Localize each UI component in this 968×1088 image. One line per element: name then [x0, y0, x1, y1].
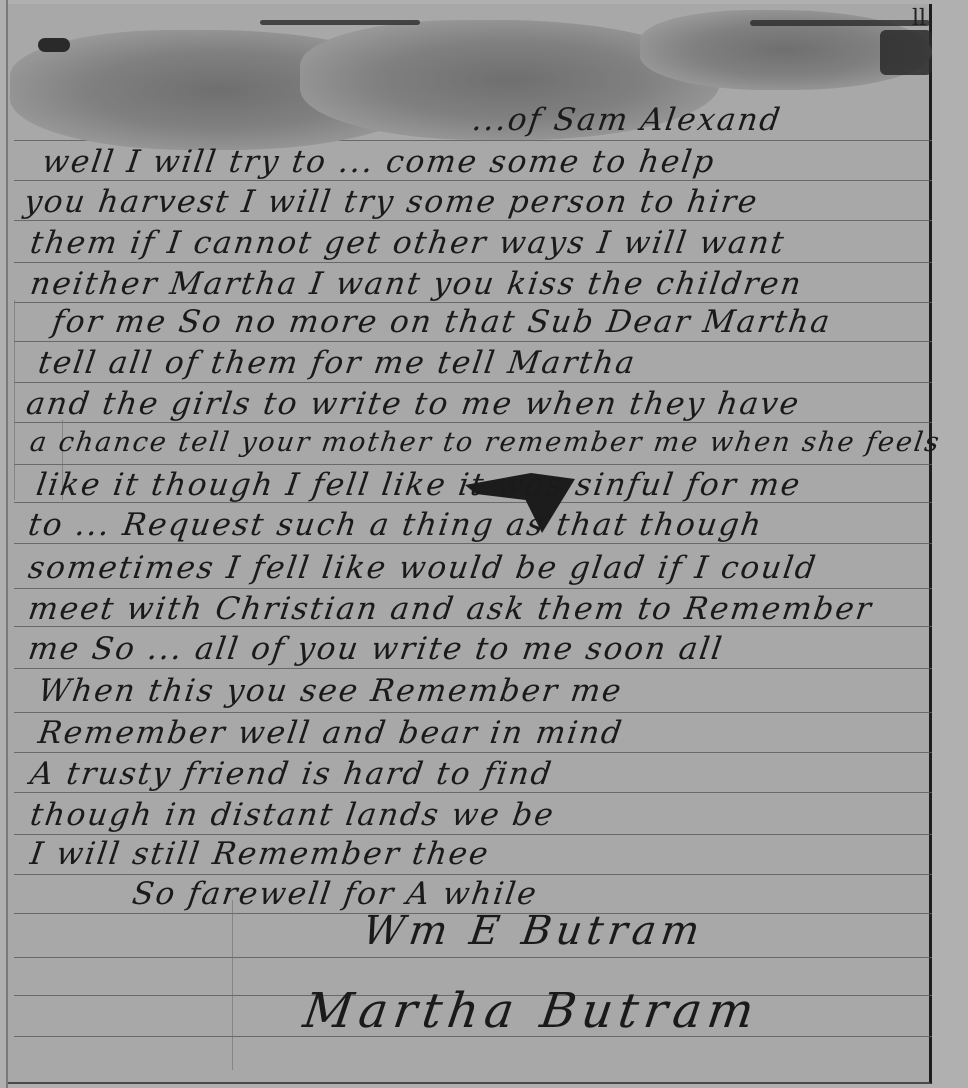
- ruled-line: [14, 668, 932, 669]
- ruled-line: [14, 752, 932, 753]
- letter-line-7: tell all of them for me tell Martha: [36, 345, 639, 381]
- letter-line-13: meet with Christian and ask them to Reme…: [26, 591, 875, 627]
- letter-line-18: though in distant lands we be: [28, 797, 557, 833]
- ruled-line: [14, 543, 932, 544]
- letter-line-11: to ... Request such a thing as that thou…: [26, 507, 765, 543]
- letter-line-12: sometimes I fell like would be glad if I…: [26, 550, 820, 586]
- letter-line-1: ...of Sam Alexand: [470, 102, 784, 138]
- letter-line-15: When this you see Remember me: [36, 673, 625, 709]
- ruled-line: [14, 792, 932, 793]
- ruled-line: [14, 382, 932, 383]
- ruled-line: [14, 302, 932, 303]
- ruled-line: [14, 422, 932, 423]
- signature-wm-butram: Wm E Butram: [360, 908, 707, 954]
- ink-smudge-edge: [750, 20, 930, 26]
- ruled-line: [14, 262, 932, 263]
- signature-martha-butram: Martha Butram: [300, 983, 763, 1039]
- letter-line-10: like it though I fell like it was sinful…: [34, 467, 804, 503]
- ruled-line: [14, 464, 932, 465]
- letter-line-9: a chance tell your mother to remember me…: [28, 427, 943, 458]
- ruled-line: [14, 957, 932, 958]
- ruled-line: [14, 341, 932, 342]
- ink-smudge-edge: [38, 38, 70, 52]
- letter-line-8: and the girls to write to me when they h…: [24, 386, 803, 422]
- letter-line-2: well I will try to ... come some to help: [40, 144, 718, 180]
- page-corner-mark: ll: [912, 6, 926, 31]
- ruled-line: [14, 874, 932, 875]
- paper-left-edge: [6, 0, 8, 1088]
- ruled-line: [14, 588, 932, 589]
- letter-line-5: neither Martha I want you kiss the child…: [28, 266, 805, 302]
- ink-smudge-edge: [880, 30, 932, 75]
- letter-line-19: I will still Remember thee: [28, 836, 492, 872]
- letter-line-17: A trusty friend is hard to find: [28, 756, 555, 792]
- letter-line-14: me So ... all of you write to me soon al…: [26, 631, 726, 667]
- ink-smudge-edge: [260, 20, 420, 25]
- margin-line: [14, 300, 15, 500]
- ruled-line: [14, 712, 932, 713]
- letter-line-16: Remember well and bear in mind: [36, 715, 626, 751]
- ruled-line: [14, 834, 932, 835]
- margin-line: [232, 900, 233, 1070]
- letter-line-6: for me So no more on that Sub Dear Marth…: [50, 304, 834, 340]
- letter-line-3: you harvest I will try some person to hi…: [22, 184, 761, 220]
- ruled-line: [14, 220, 932, 221]
- letter-line-20: So farewell for A while: [130, 876, 540, 912]
- ruled-line: [14, 180, 932, 181]
- letter-line-4: them if I cannot get other ways I will w…: [28, 225, 788, 261]
